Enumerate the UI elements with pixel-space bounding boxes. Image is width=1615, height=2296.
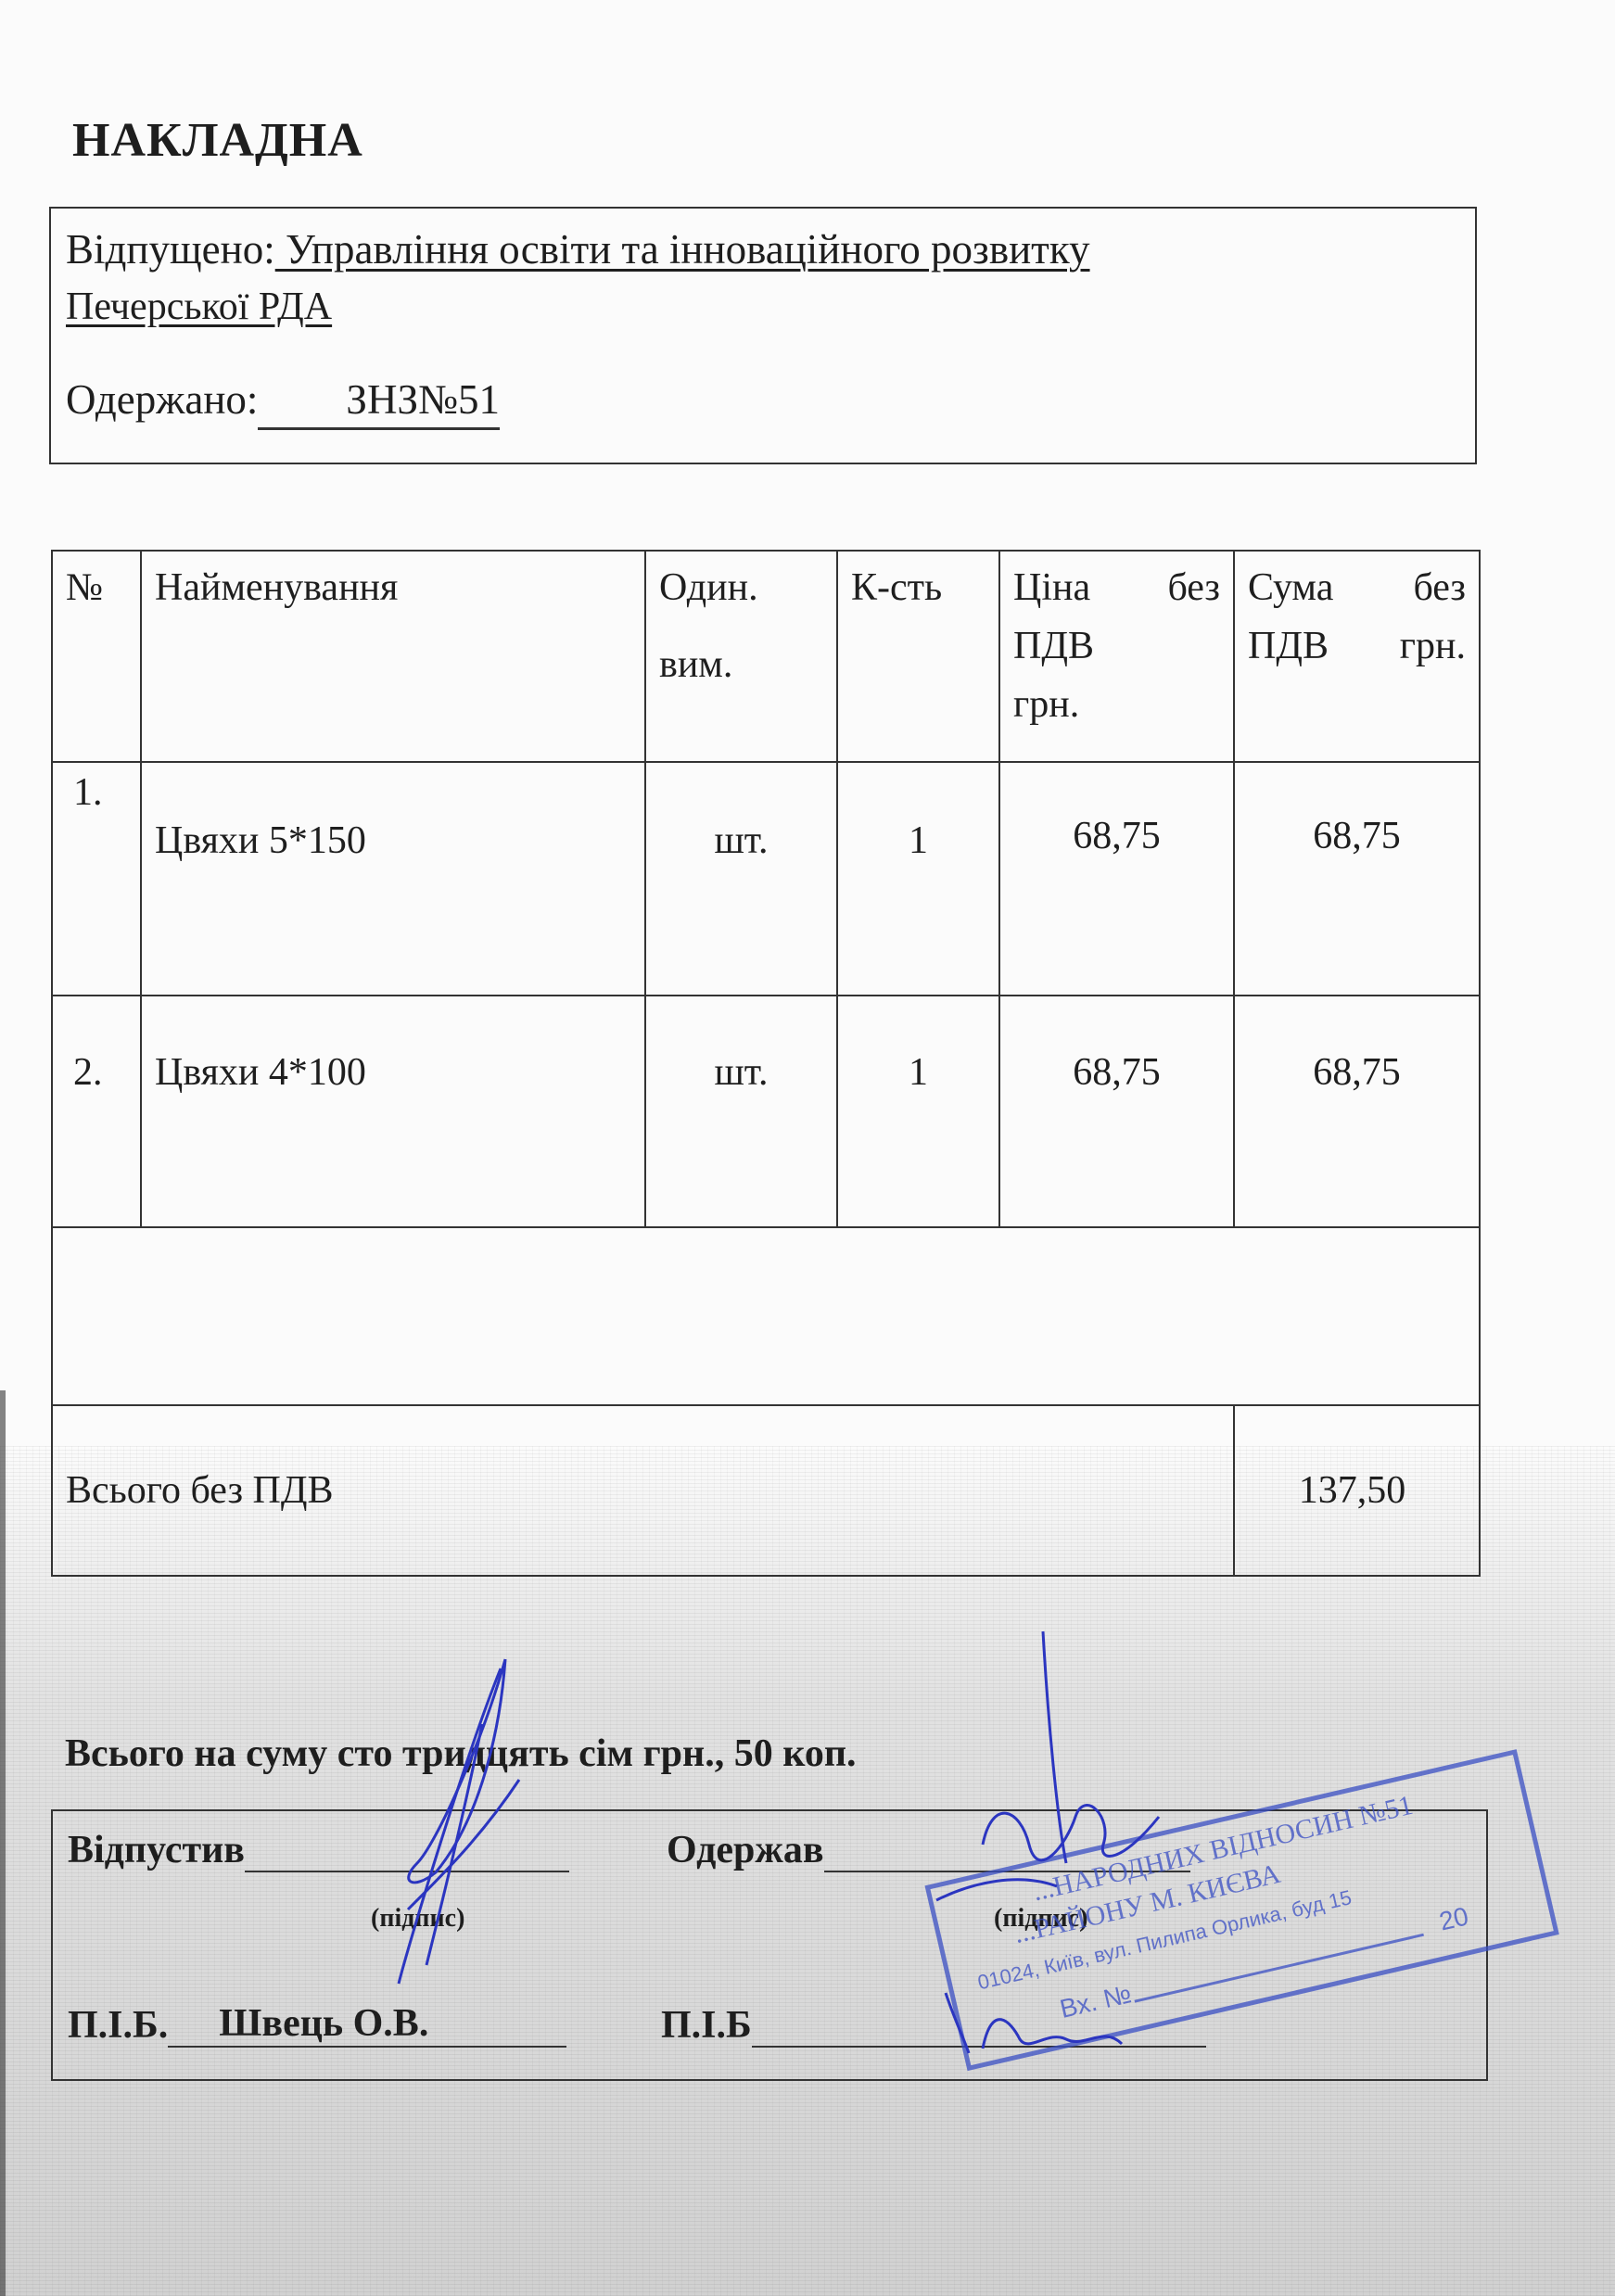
released-by-label: Відпустив <box>68 1829 245 1871</box>
table-row: 2. Цвяхи 4*100 шт. 1 68,75 68,75 <box>52 996 1480 1227</box>
row-num: 2. <box>52 996 141 1227</box>
name-left: П.І.Б.Швець О.В. <box>68 2001 566 2048</box>
total-value: 137,50 <box>1234 1405 1480 1576</box>
row-name: Цвяхи 5*150 <box>141 762 645 996</box>
row-num: 1. <box>52 762 141 996</box>
signature-caption-right: (підпис) <box>994 1904 1087 1934</box>
col-price: Ціна без ПДВ грн. <box>999 551 1234 762</box>
received-value-field: ЗНЗ№51 <box>258 375 500 430</box>
row-sum: 68,75 <box>1234 996 1480 1227</box>
received-by: Одержав <box>667 1828 1190 1872</box>
total-row: Всього без ПДВ 137,50 <box>52 1405 1480 1576</box>
header-box: Відпущено: Управління освіти та інноваці… <box>49 207 1477 464</box>
name-left-field: Швець О.В. <box>168 2001 566 2048</box>
col-sum-1: Сума без <box>1248 559 1466 617</box>
released-value: Управління освіти та інноваційного розви… <box>275 226 1090 273</box>
table-row: 1. Цвяхи 5*150 шт. 1 68,75 68,75 <box>52 762 1480 996</box>
released-line: Відпущено: Управління освіти та інноваці… <box>66 225 1090 273</box>
name-label-left: П.І.Б. <box>68 2004 168 2047</box>
row-unit: шт. <box>645 996 837 1227</box>
col-name: Найменування <box>141 551 645 762</box>
col-unit-2: вим. <box>659 636 823 694</box>
col-sum: Сума без ПДВ грн. <box>1234 551 1480 762</box>
received-line: Одержано:ЗНЗ№51 <box>66 375 500 430</box>
items-table: № Найменування Один. вим. К-сть Ціна без… <box>51 550 1481 1577</box>
col-price-2: ПДВ <box>1013 617 1220 676</box>
row-price: 68,75 <box>999 996 1234 1227</box>
released-label: Відпущено: <box>66 226 275 273</box>
col-price-1: Ціна без <box>1013 559 1220 617</box>
row-name: Цвяхи 4*100 <box>141 996 645 1227</box>
col-sum-2: ПДВ грн. <box>1248 617 1466 676</box>
released-by-signature-line <box>245 1871 569 1872</box>
col-unit-1: Один. <box>659 559 823 617</box>
signature-caption-left: (підпис) <box>371 1904 464 1934</box>
col-price-3: грн. <box>1013 676 1220 734</box>
col-num: № <box>52 551 141 762</box>
name-right-field <box>752 2001 1206 2048</box>
released-by: Відпустив <box>68 1828 569 1872</box>
table-header-row: № Найменування Один. вим. К-сть Ціна без… <box>52 551 1480 762</box>
received-by-signature-line <box>824 1871 1190 1872</box>
received-value: ЗНЗ№51 <box>346 376 500 423</box>
row-price: 68,75 <box>999 762 1234 996</box>
name-left-value: Швець О.В. <box>219 2002 428 2045</box>
name-right: П.І.Б <box>661 2001 1206 2048</box>
empty-cell <box>52 1227 1480 1405</box>
received-by-label: Одержав <box>667 1829 824 1871</box>
sum-in-words: Всього на суму сто тридцять сім грн., 50… <box>65 1732 857 1776</box>
row-qty: 1 <box>837 996 999 1227</box>
name-label-right: П.І.Б <box>661 2004 752 2047</box>
total-label: Всього без ПДВ <box>52 1405 1234 1576</box>
col-unit: Один. вим. <box>645 551 837 762</box>
empty-row <box>52 1227 1480 1405</box>
released-line-2: Печерської РДА <box>66 285 332 329</box>
received-label: Одержано: <box>66 376 258 423</box>
row-sum: 68,75 <box>1234 762 1480 996</box>
row-unit: шт. <box>645 762 837 996</box>
col-qty: К-сть <box>837 551 999 762</box>
signature-box: Відпустив Одержав (підпис) (підпис) П.І.… <box>51 1809 1488 2081</box>
row-qty: 1 <box>837 762 999 996</box>
released-value-2: Печерської РДА <box>66 285 332 328</box>
document-title: НАКЛАДНА <box>72 113 363 168</box>
scan-edge <box>0 1390 6 2296</box>
